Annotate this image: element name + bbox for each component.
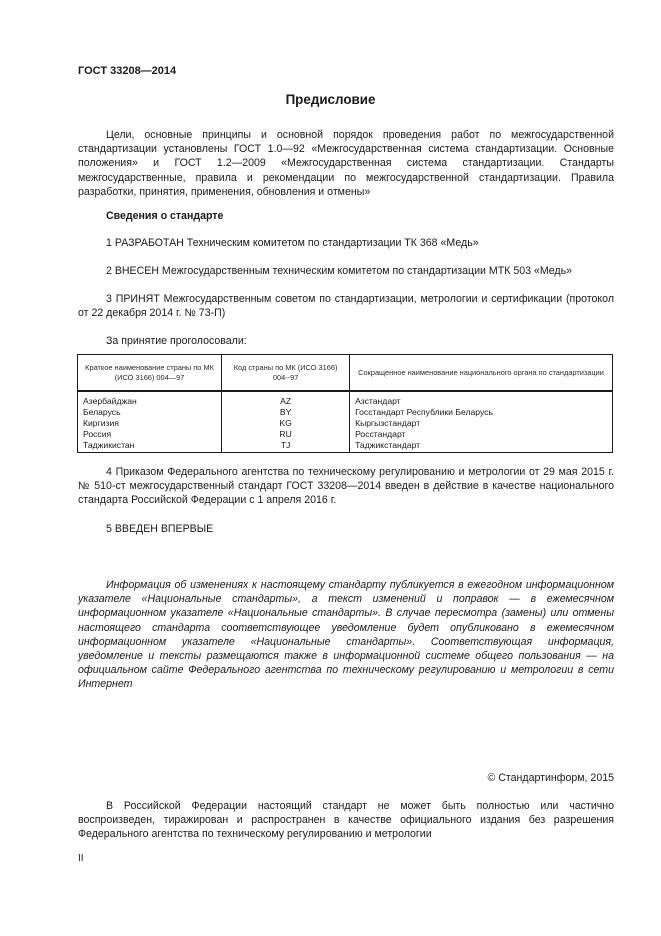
- reproduction-notice: В Российской Федерации настоящий стандар…: [78, 799, 614, 842]
- cell-standards-body: Таджикстандарт: [350, 440, 613, 453]
- cell-country: Киргизия: [78, 418, 222, 429]
- section-heading: Сведения о стандарте: [106, 209, 223, 223]
- cell-standards-body: Кыргызстандарт: [350, 418, 613, 429]
- column-header-standards-body: Сокращенное наименование национального о…: [350, 355, 613, 392]
- table-header-row: Краткое наименование страны по МК (ИСО 3…: [78, 355, 613, 392]
- cell-standards-body: Азстандарт: [350, 391, 613, 407]
- table-row: Таджикистан TJ Таджикстандарт: [78, 440, 613, 453]
- cell-country: Беларусь: [78, 407, 222, 418]
- item-developed: 1 РАЗРАБОТАН Техническим комитетом по ст…: [106, 236, 479, 250]
- vote-caption: За принятие проголосовали:: [106, 334, 247, 348]
- page-title: Предисловие: [0, 93, 661, 107]
- page-number: II: [78, 852, 84, 866]
- cell-country: Россия: [78, 429, 222, 440]
- intro-paragraph: Цели, основные принципы и основной поряд…: [78, 128, 614, 199]
- document-code: ГОСТ 33208—2014: [78, 64, 176, 78]
- table-row: Азербайджан AZ Азстандарт: [78, 391, 613, 407]
- copyright-notice: © Стандартинформ, 2015: [488, 771, 614, 785]
- cell-code: BY: [222, 407, 350, 418]
- item-first-introduced: 5 ВВЕДЕН ВПЕРВЫЕ: [106, 522, 213, 536]
- changes-info-notice: Информация об изменениях к настоящему ст…: [78, 578, 614, 692]
- cell-code: RU: [222, 429, 350, 440]
- column-header-code: Код страны по МК (ИСО 3166) 004--97: [222, 355, 350, 392]
- cell-country: Таджикистан: [78, 440, 222, 453]
- cell-country: Азербайджан: [78, 391, 222, 407]
- item-submitted: 2 ВНЕСЕН Межгосударственным техническим …: [106, 264, 572, 278]
- table-row: Киргизия KG Кыргызстандарт: [78, 418, 613, 429]
- cell-code: KG: [222, 418, 350, 429]
- column-header-country: Краткое наименование страны по МК (ИСО 3…: [78, 355, 222, 392]
- cell-code: TJ: [222, 440, 350, 453]
- cell-code: AZ: [222, 391, 350, 407]
- cell-standards-body: Росстандарт: [350, 429, 613, 440]
- item-adopted: 3 ПРИНЯТ Межгосударственным советом по с…: [78, 292, 614, 320]
- vote-table: Краткое наименование страны по МК (ИСО 3…: [77, 354, 613, 453]
- table-row: Беларусь BY Госстандарт Республики Белар…: [78, 407, 613, 418]
- cell-standards-body: Госстандарт Республики Беларусь: [350, 407, 613, 418]
- table-row: Россия RU Росстандарт: [78, 429, 613, 440]
- item-enacted: 4 Приказом Федерального агентства по тех…: [78, 465, 614, 508]
